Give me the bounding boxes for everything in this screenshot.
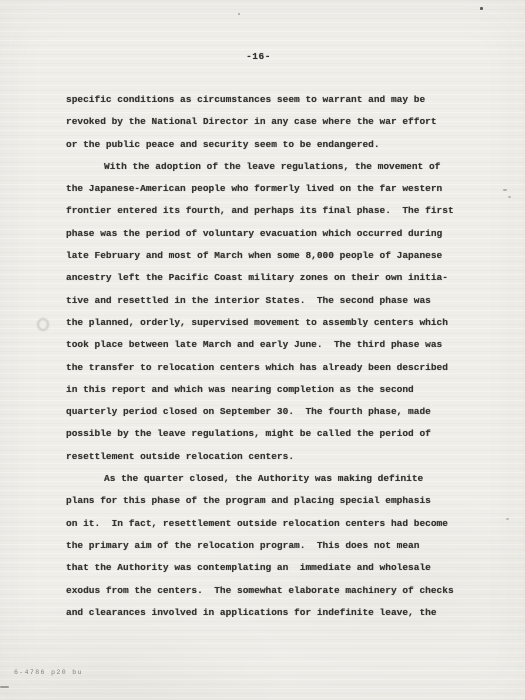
text-line: exodus from the centers. The somewhat el…	[66, 580, 476, 602]
text-line: tive and resettled in the interior State…	[66, 290, 476, 312]
text-line: the planned, orderly, supervised movemen…	[66, 312, 476, 334]
text-line: possible by the leave regulations, might…	[66, 423, 476, 445]
text-line: resettlement outside relocation centers.	[66, 446, 476, 468]
scan-speck	[508, 196, 511, 198]
text-line: revoked by the National Director in any …	[66, 111, 476, 133]
text-line: and clearances involved in applications …	[66, 602, 476, 624]
text-line: frontier entered its fourth, and perhaps…	[66, 200, 476, 222]
text-line: phase was the period of voluntary evacua…	[66, 223, 476, 245]
scan-speck	[506, 518, 509, 520]
text-line: on it. In fact, resettlement outside rel…	[66, 513, 476, 535]
scan-speck	[480, 7, 483, 10]
text-line: or the public peace and security seem to…	[66, 134, 476, 156]
text-line: plans for this phase of the program and …	[66, 490, 476, 512]
text-line: in this report and which was nearing com…	[66, 379, 476, 401]
text-line: With the adoption of the leave regulatio…	[66, 156, 476, 178]
smudge-mark	[37, 318, 49, 331]
text-line: quarterly period closed on September 30.…	[66, 401, 476, 423]
text-line: that the Authority was contemplating an …	[66, 557, 476, 579]
page-number: -16-	[0, 50, 517, 64]
text-line: took place between late March and early …	[66, 334, 476, 356]
text-line: the Japanese-American people who formerl…	[66, 178, 476, 200]
page-body: specific conditions as circumstances see…	[66, 89, 476, 624]
text-line: late February and most of March when som…	[66, 245, 476, 267]
scan-speck	[503, 189, 507, 191]
scan-speck	[238, 13, 240, 15]
text-line: As the quarter closed, the Authority was…	[66, 468, 476, 490]
text-line: ancestry left the Pacific Coast military…	[66, 267, 476, 289]
footer-print-code: 6-4786 p20 bu	[14, 669, 83, 676]
text-line: the primary aim of the relocation progra…	[66, 535, 476, 557]
text-line: specific conditions as circumstances see…	[66, 89, 476, 111]
text-line: the transfer to relocation centers which…	[66, 357, 476, 379]
scan-speck	[0, 686, 9, 688]
